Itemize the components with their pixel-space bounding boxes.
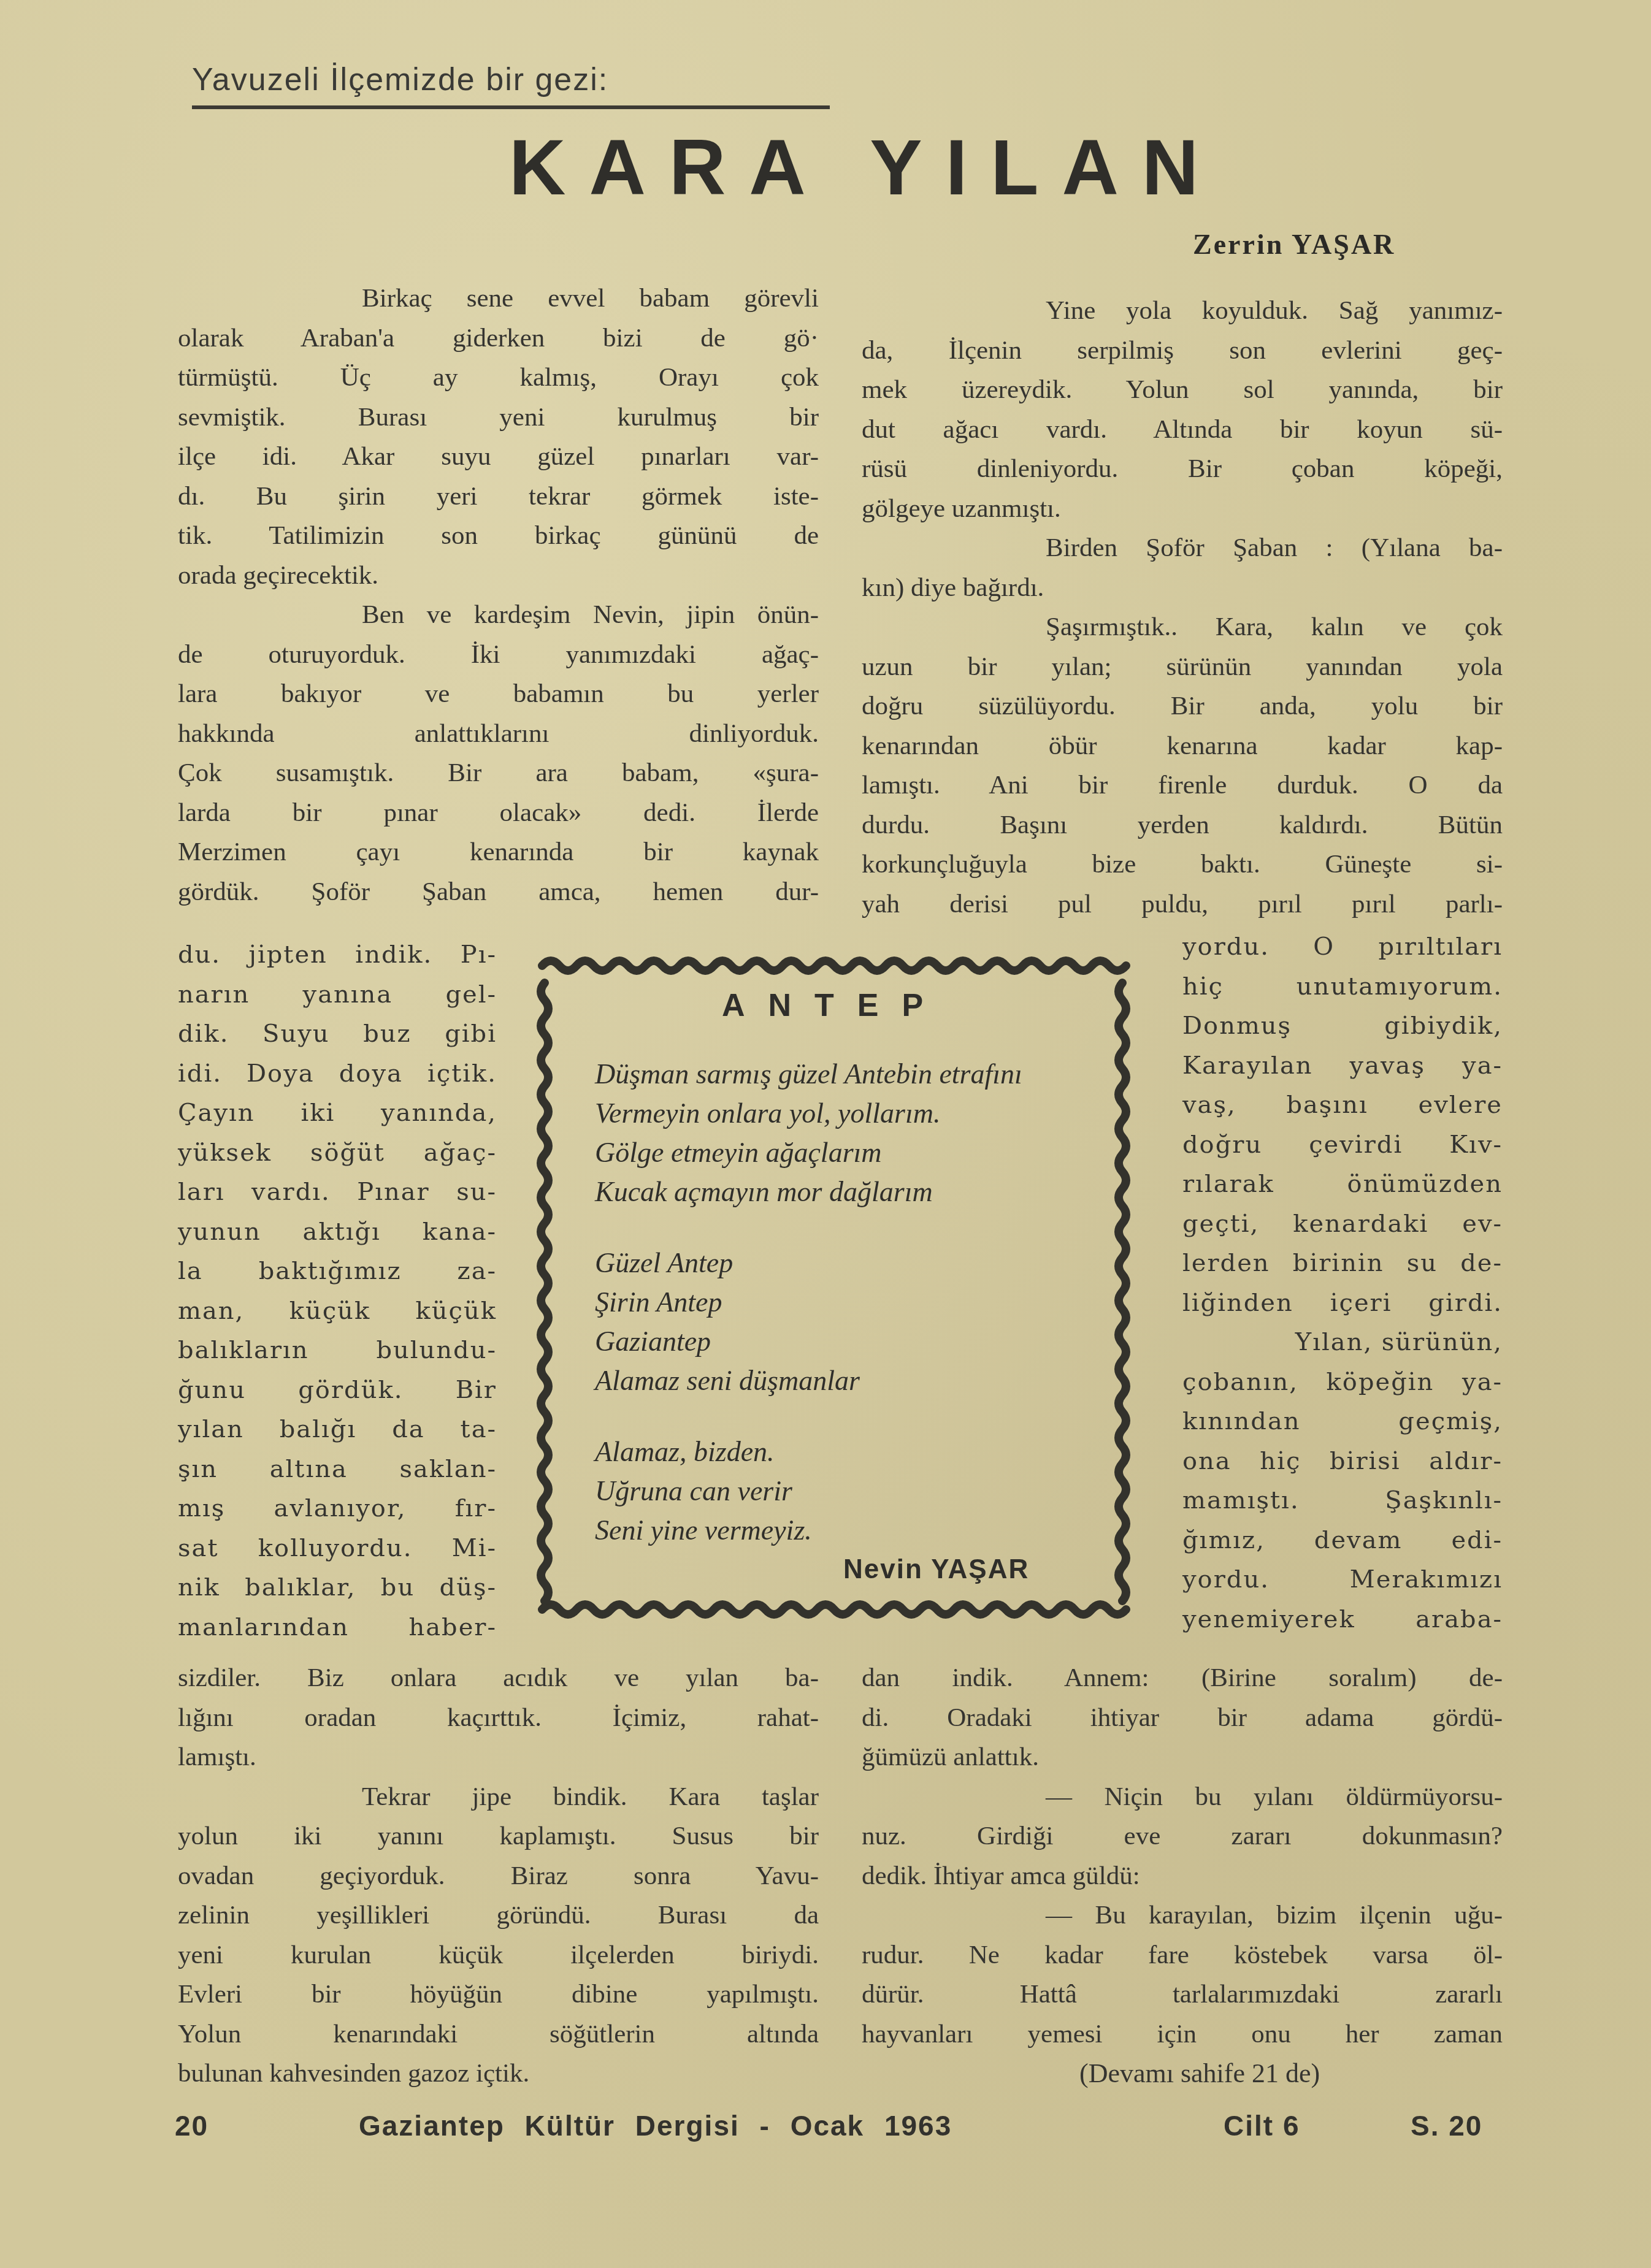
text-line: Şaşırmıştık.. Kara, kalın ve çok bbox=[862, 608, 1503, 647]
text-line: ğunu gördük. Bir bbox=[178, 1370, 497, 1410]
text-line: — Niçin bu yılanı öldürmüyorsu- bbox=[862, 1777, 1503, 1817]
text-line: manlarından haber- bbox=[178, 1608, 497, 1648]
text-line: sizdiler. Biz onlara acıdık ve yılan ba- bbox=[178, 1659, 819, 1698]
poem-line: Düşman sarmış güzel Antebin etrafını bbox=[595, 1055, 1022, 1094]
text-line: vaş, başını evlere bbox=[1182, 1085, 1503, 1125]
text-line: zelinin yeşillikleri göründü. Burası da bbox=[178, 1896, 819, 1936]
text-line: dürür. Hattâ tarlalarımızdaki zararlı bbox=[862, 1975, 1503, 2015]
poem-line: Vermeyin onlara yol, yollarım. bbox=[595, 1094, 1022, 1133]
text-line: Evleri bir höyüğün dibine yapılmıştı. bbox=[178, 1975, 819, 2015]
text-line: mamıştı. Şaşkınlı- bbox=[1182, 1481, 1503, 1521]
poem-line: Alamaz, bizden. bbox=[595, 1432, 1022, 1472]
text-line: ilçe idi. Akar suyu güzel pınarları var- bbox=[178, 437, 819, 477]
text-line: larda bir pınar olacak» dedi. İlerde bbox=[178, 793, 819, 833]
text-line: uzun bir yılan; sürünün yanından yola bbox=[862, 647, 1503, 687]
text-line: nik balıklar, bu düş- bbox=[178, 1568, 497, 1608]
text-line: ları vardı. Pınar su- bbox=[178, 1172, 497, 1212]
text-line: rüsü dinleniyordu. Bir çoban köpeği, bbox=[862, 449, 1503, 489]
text-line: Çok susamıştık. Bir ara babam, «şura- bbox=[178, 754, 819, 793]
right-narrow-column: yordu. O pırıltılarıhiç unutamıyorum.Don… bbox=[1182, 927, 1503, 1639]
text-line: gördük. Şoför Şaban amca, hemen dur- bbox=[178, 872, 819, 912]
text-line: sat kolluyordu. Mi- bbox=[178, 1529, 497, 1568]
text-line: Merzimen çayı kenarında bir kaynak bbox=[178, 833, 819, 872]
poem-line: Seni yine vermeyiz. bbox=[595, 1511, 1022, 1550]
text-line: la baktığımız za- bbox=[178, 1251, 497, 1291]
text-line: mış avlanıyor, fır- bbox=[178, 1489, 497, 1529]
text-line: gölgeye uzanmıştı. bbox=[862, 489, 1503, 529]
text-line: hiç unutamıyorum. bbox=[1182, 967, 1503, 1007]
text-line: dik. Suyu buz gibi bbox=[178, 1014, 497, 1054]
text-line: lamıştı. Ani bir firenle durduk. O da bbox=[862, 766, 1503, 806]
text-line: yordu. O pırıltıları bbox=[1182, 927, 1503, 967]
text-line: idi. Doya doya içtik. bbox=[178, 1054, 497, 1094]
text-line: yeni kurulan küçük ilçelerden biriydi. bbox=[178, 1936, 819, 1976]
text-line: da, İlçenin serpilmiş son evlerini geç- bbox=[862, 331, 1503, 371]
poem-box: ANTEP Düşman sarmış güzel Antebin etrafı… bbox=[534, 953, 1135, 1628]
right-column-top: Yine yola koyulduk. Sağ yanımız-da, İlçe… bbox=[862, 291, 1503, 924]
poem-line: Alamaz seni düşmanlar bbox=[595, 1361, 1022, 1400]
text-line: Yolun kenarındaki söğütlerin altında bbox=[178, 2015, 819, 2055]
text-line: doğru süzülüyordu. Bir anda, yolu bir bbox=[862, 687, 1503, 727]
page-number: 20 bbox=[175, 2109, 209, 2142]
text-line: olarak Araban'a giderken bizi de gö· bbox=[178, 319, 819, 359]
text-line: ğümüzü anlattık. bbox=[862, 1738, 1503, 1777]
text-line: man, küçük küçük bbox=[178, 1291, 497, 1331]
kicker-underline bbox=[192, 105, 830, 109]
text-line: geçti, kenardaki ev- bbox=[1182, 1204, 1503, 1244]
text-line: kenarından öbür kenarına kadar kap- bbox=[862, 727, 1503, 766]
poem-author: Nevin YAŞAR bbox=[843, 1554, 1029, 1585]
text-line: dan indik. Annem: (Birine soralım) de- bbox=[862, 1659, 1503, 1698]
poem-text: Düşman sarmış güzel Antebin etrafınıVerm… bbox=[595, 1055, 1022, 1550]
left-column-bottom: sizdiler. Biz onlara acıdık ve yılan ba-… bbox=[178, 1659, 819, 2094]
text-line: lara bakıyor ve babamın bu yerler bbox=[178, 674, 819, 714]
text-line: yüksek söğüt ağaç- bbox=[178, 1133, 497, 1173]
text-line: türmüştü. Üç ay kalmış, Orayı çok bbox=[178, 358, 819, 398]
text-line: di. Oradaki ihtiyar bir adama gördü- bbox=[862, 1698, 1503, 1738]
text-line: balıkların bulundu- bbox=[178, 1331, 497, 1370]
text-line: orada geçirecektik. bbox=[178, 556, 819, 596]
text-line: durdu. Başını yerden kaldırdı. Bütün bbox=[862, 806, 1503, 846]
text-line: Yine yola koyulduk. Sağ yanımız- bbox=[862, 291, 1503, 331]
text-line: yolun iki yanını kaplamıştı. Susus bir bbox=[178, 1817, 819, 1857]
text-line: kın) diye bağırdı. bbox=[862, 568, 1503, 608]
text-line: dut ağacı vardı. Altında bir koyun sü- bbox=[862, 410, 1503, 450]
text-line: yordu. Merakımızı bbox=[1182, 1560, 1503, 1600]
poem-line: Şirin Antep bbox=[595, 1283, 1022, 1322]
text-line: Çayın iki yanında, bbox=[178, 1093, 497, 1133]
text-line: bulunan kahvesinden gazoz içtik. bbox=[178, 2054, 819, 2094]
volume-label: Cilt 6 bbox=[1224, 2109, 1300, 2142]
text-line: şın altına saklan- bbox=[178, 1449, 497, 1489]
text-line: Birkaç sene evvel babam görevli bbox=[178, 279, 819, 319]
text-line: Yılan, sürünün, bbox=[1182, 1323, 1503, 1362]
text-line: Birden Şoför Şaban : (Yılana ba- bbox=[862, 529, 1503, 568]
text-line: — Bu karayılan, bizim ilçenin uğu- bbox=[862, 1896, 1503, 1936]
text-line: ovadan geçiyorduk. Biraz sonra Yavu- bbox=[178, 1857, 819, 1896]
text-line: lerden birinin su de- bbox=[1182, 1243, 1503, 1283]
article-author: Zerrin YAŞAR bbox=[1193, 228, 1395, 261]
poem-line: Güzel Antep bbox=[595, 1243, 1022, 1283]
poem-line: Gaziantep bbox=[595, 1322, 1022, 1361]
poem-line: Uğruna can verir bbox=[595, 1472, 1022, 1511]
text-line: ğımız, devam edi- bbox=[1182, 1521, 1503, 1560]
text-line: lamıştı. bbox=[178, 1738, 819, 1777]
article-title: KARA YILAN bbox=[509, 123, 1222, 213]
text-line: çobanın, köpeğin ya- bbox=[1182, 1362, 1503, 1402]
text-line: korkunçluğuyla bize baktı. Güneşte si- bbox=[862, 845, 1503, 885]
left-column-top: Birkaç sene evvel babam görevliolarak Ar… bbox=[178, 279, 819, 912]
text-line: kınından geçmiş, bbox=[1182, 1402, 1503, 1441]
text-line: hakkında anlattıklarını dinliyorduk. bbox=[178, 714, 819, 754]
poem-title: ANTEP bbox=[534, 987, 1135, 1024]
continued-note: (Devamı sahife 21 de) bbox=[1079, 2054, 1320, 2094]
text-line: nuz. Girdiği eve zararı dokunmasın? bbox=[862, 1817, 1503, 1857]
left-narrow-column: du. jipten indik. Pı-narın yanına gel-di… bbox=[178, 935, 497, 1647]
issue-label: S. 20 bbox=[1411, 2109, 1482, 2142]
text-line: yah derisi pul puldu, pırıl pırıl parlı- bbox=[862, 885, 1503, 925]
text-line: yılan balığı da ta- bbox=[178, 1410, 497, 1449]
text-line: mek üzereydik. Yolun sol yanında, bir bbox=[862, 370, 1503, 410]
text-line: sevmiştik. Burası yeni kurulmuş bir bbox=[178, 398, 819, 438]
text-line: doğru çevirdi Kıv- bbox=[1182, 1125, 1503, 1165]
text-line: tik. Tatilimizin son birkaç gününü de bbox=[178, 516, 819, 556]
text-line: Tekrar jipe bindik. Kara taşlar bbox=[178, 1777, 819, 1817]
text-line: ona hiç birisi aldır- bbox=[1182, 1441, 1503, 1481]
poem-line: Gölge etmeyin ağaçlarım bbox=[595, 1133, 1022, 1172]
text-line: du. jipten indik. Pı- bbox=[178, 935, 497, 975]
article-kicker: Yavuzeli İlçemizde bir gezi: bbox=[192, 61, 608, 98]
text-line: Ben ve kardeşim Nevin, jipin önün- bbox=[178, 595, 819, 635]
text-line: dı. Bu şirin yeri tekrar görmek iste- bbox=[178, 477, 819, 517]
text-line: Karayılan yavaş ya- bbox=[1182, 1046, 1503, 1086]
text-line: de oturuyorduk. İki yanımızdaki ağaç- bbox=[178, 635, 819, 675]
text-line: yenemiyerek araba- bbox=[1182, 1600, 1503, 1640]
text-line: lığını oradan kaçırttık. İçimiz, rahat- bbox=[178, 1698, 819, 1738]
text-line: hayvanları yemesi için onu her zaman bbox=[862, 2015, 1503, 2055]
publication-name: Gaziantep Kültür Dergisi - Ocak 1963 bbox=[359, 2109, 952, 2142]
right-column-bottom: dan indik. Annem: (Birine soralım) de-di… bbox=[862, 1659, 1503, 2054]
text-line: narın yanına gel- bbox=[178, 975, 497, 1015]
text-line: Donmuş gibiydik, bbox=[1182, 1006, 1503, 1046]
text-line: liğinden içeri girdi. bbox=[1182, 1283, 1503, 1323]
text-line: rudur. Ne kadar fare köstebek varsa öl- bbox=[862, 1936, 1503, 1976]
poem-line: Kucak açmayın mor dağlarım bbox=[595, 1172, 1022, 1212]
text-line: rılarak önümüzden bbox=[1182, 1164, 1503, 1204]
text-line: yunun aktığı kana- bbox=[178, 1212, 497, 1252]
text-line: dedik. İhtiyar amca güldü: bbox=[862, 1857, 1503, 1896]
